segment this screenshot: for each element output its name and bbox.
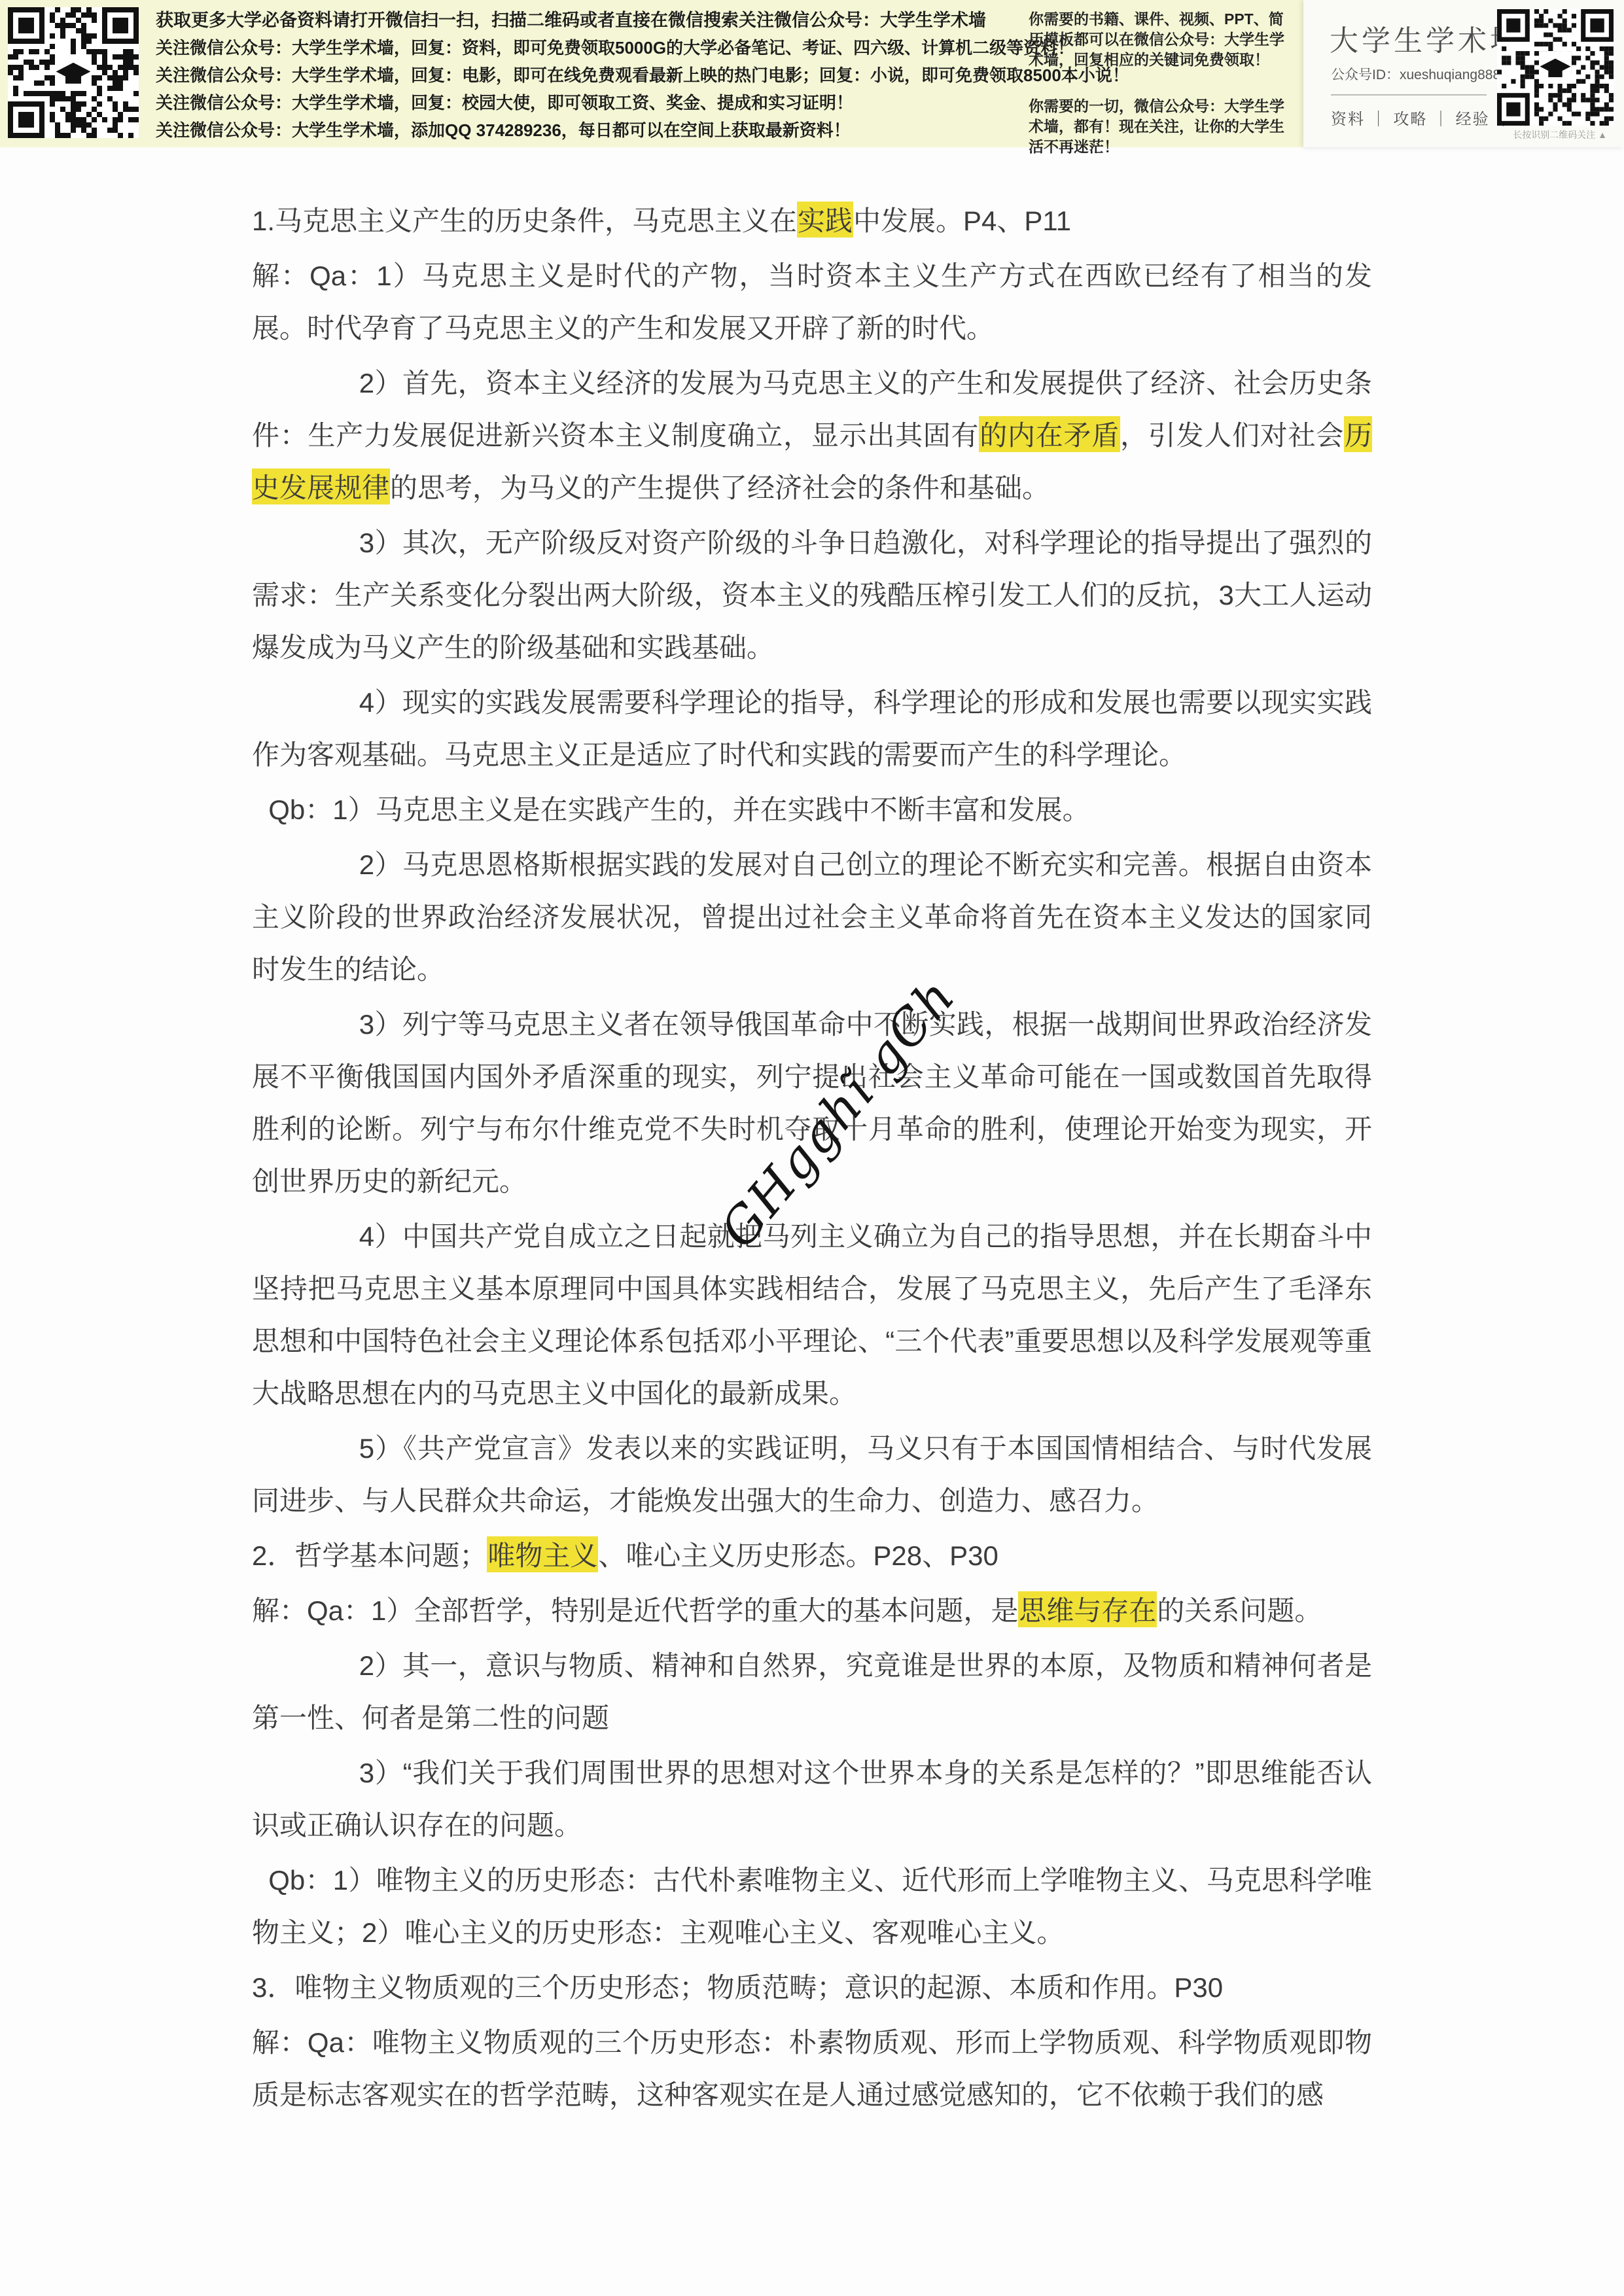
paragraph: 2）其一，意识与物质、精神和自然界，究竟谁是世界的本原，及物质和精神何者是第一性… <box>252 1640 1372 1744</box>
promo-note: 你需要的一切，微信公众号：大学生学术墙，都有！现在关注，让你的大学生活不再迷茫！ <box>1029 96 1290 157</box>
highlighted-text: 唯物主义 <box>487 1536 598 1572</box>
highlighted-text: 实践 <box>797 202 853 238</box>
highlighted-text: 思维与存在 <box>1018 1591 1157 1627</box>
divider <box>1331 94 1487 96</box>
paragraph: 3）列宁等马克思主义者在领导俄国革命中不断实践，根据一战期间世界政治经济发展不平… <box>252 998 1372 1208</box>
paragraph: 3）“我们关于我们周围世界的思想对这个世界本身的关系是怎样的？”即思维能否认识或… <box>252 1747 1372 1852</box>
text-segment: 中发展。P4、P11 <box>853 205 1071 236</box>
paragraph: 解：Qa：1）全部哲学，特别是近代哲学的重大的基本问题，是思维与存在的关系问题。 <box>252 1585 1372 1637</box>
paragraph: 解：Qa：唯物主义物质观的三个历史形态：朴素物质观、形而上学物质观、科学物质观即… <box>252 2017 1372 2121</box>
qr-code-left <box>8 5 139 140</box>
paragraph: Qb：1）唯物主义的历史形态：古代朴素唯物主义、近代形而上学唯物主义、马克思科学… <box>252 1854 1372 1959</box>
section-1-heading: 1.马克思主义产生的历史条件，马克思主义在实践中发展。P4、P11 <box>252 195 1372 247</box>
document-body: 1.马克思主义产生的历史条件，马克思主义在实践中发展。P4、P11 解：Qa：1… <box>252 195 1372 2124</box>
promo-line: 关注微信公众号：大学生学术墙，添加QQ 374289236，每日都可以在空间上获… <box>156 117 1150 141</box>
paragraph: 4）现实的实践发展需要科学理论的指导，科学理论的形成和发展也需要以现实实践作为客… <box>252 677 1372 781</box>
account-id: 公众号ID：xueshuqiang8888 <box>1331 64 1508 84</box>
text-segment: ，引发人们对社会 <box>1120 420 1344 451</box>
qr-caption: 长按识别二维码关注 ▲ <box>1513 128 1607 141</box>
paragraph: 2）首先，资本主义经济的发展为马克思主义的产生和发展提供了经济、社会历史条件：生… <box>252 357 1372 514</box>
promo-banner: 获取更多大学必备资料请打开微信扫一扫，扫描二维码或者直接在微信搜索关注微信公众号… <box>0 0 1624 147</box>
text-segment: 的关系问题。 <box>1157 1595 1322 1626</box>
section-2-heading: 2．哲学基本问题；唯物主义、唯心主义历史形态。P28、P30 <box>252 1530 1372 1582</box>
highlighted-text: 的内在矛盾 <box>979 416 1120 452</box>
wechat-account-card: 大学生学术墙 公众号ID：xueshuqiang8888 资料 ｜ 攻略 ｜ 经… <box>1303 0 1624 147</box>
paragraph: Qb：1）马克思主义是在实践产生的，并在实践中不断丰富和发展。 <box>252 784 1372 836</box>
promo-line: 关注微信公众号：大学生学术墙，回复：电影，即可在线免费观看最新上映的热门电影；回… <box>156 62 1150 86</box>
account-title: 大学生学术墙 <box>1330 17 1522 59</box>
qr-code-right <box>1497 9 1614 126</box>
promo-note: 你需要的书籍、课件、视频、PPT、简历模板都可以在微信公众号：大学生学术墙，回复… <box>1029 9 1290 70</box>
text-segment: 、唯心主义历史形态。P28、P30 <box>598 1540 998 1571</box>
qr-code-icon <box>1497 9 1614 126</box>
paragraph: 2）马克思恩格斯根据实践的发展对自己创立的理论不断充实和完善。根据自由资本主义阶… <box>252 839 1372 996</box>
promo-text-block: 获取更多大学必备资料请打开微信扫一扫，扫描二维码或者直接在微信搜索关注微信公众号… <box>156 4 1150 143</box>
section-3-heading: 3．唯物主义物质观的三个历史形态；物质范畴；意识的起源、本质和作用。P30 <box>252 1962 1372 2014</box>
paragraph: 3）其次，无产阶级反对资产阶级的斗争日趋激化，对科学理论的指导提出了强烈的需求：… <box>252 517 1372 674</box>
text-segment: 解：Qa：1）全部哲学，特别是近代哲学的重大的基本问题，是 <box>252 1595 1018 1626</box>
paragraph: 4）中国共产党自成立之日起就把马列主义确立为自己的指导思想，并在长期奋斗中坚持把… <box>252 1210 1372 1420</box>
promo-line: 获取更多大学必备资料请打开微信扫一扫，扫描二维码或者直接在微信搜索关注微信公众号… <box>156 6 1150 31</box>
paragraph: 解：Qa：1）马克思主义是时代的产物，当时资本主义生产方式在西欧已经有了相当的发… <box>252 250 1372 355</box>
promo-notes-block: 你需要的书籍、课件、视频、PPT、简历模板都可以在微信公众号：大学生学术墙，回复… <box>1029 9 1290 157</box>
text-segment: 1.马克思主义产生的历史条件，马克思主义在 <box>252 205 797 236</box>
text-segment: 的思考，为马义的产生提供了经济社会的条件和基础。 <box>390 472 1050 503</box>
paragraph: 5）《共产党宣言》发表以来的实践证明，马义只有于本国国情相结合、与时代发展同进步… <box>252 1422 1372 1527</box>
text-segment: 2．哲学基本问题； <box>252 1540 487 1571</box>
promo-line: 关注微信公众号：大学生学术墙，回复：校园大使，即可领取工资、奖金、提成和实习证明… <box>156 90 1150 114</box>
qr-code-icon <box>8 5 139 140</box>
promo-line: 关注微信公众号：大学生学术墙，回复：资料，即可免费领取5000G的大学必备笔记、… <box>156 35 1150 59</box>
